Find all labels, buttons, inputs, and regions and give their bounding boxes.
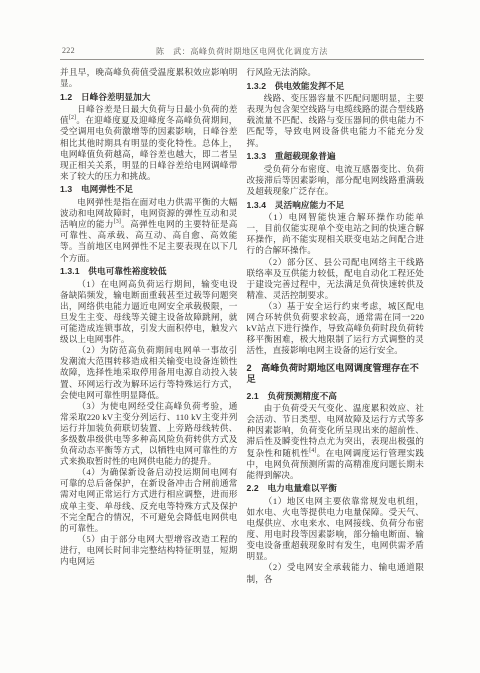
paragraph: 由于负荷受天气变化、温度累积效应、社会活动、节日类型、电网故障及运行方式等多种因… — [247, 403, 425, 481]
heading-1-3-1: 1.3.1 供电可靠性裕度较低 — [60, 266, 238, 277]
paragraph: 受负荷分布密度、电流互感器变比、负荷改接滞后等因素影响，部分配电网线路重满载及超… — [247, 164, 425, 197]
page-header: 222 陈 武：高峰负荷时期地区电网优化调度方法 — [60, 46, 424, 60]
heading-2: 2 高峰负荷时期地区电网调度管理存在不足 — [247, 363, 425, 385]
page: 222 陈 武：高峰负荷时期地区电网优化调度方法 并且早，晚高峰负荷值受温度累积… — [0, 0, 480, 673]
paragraph: （1）地区电网主要依靠常规发电机组，如水电、火电等提供电力电量保障。受天气、电煤… — [247, 496, 425, 563]
paragraph: （5）由于部分电网大型增容改造工程的进行，电网长时间非完整结构特征明显，短期内电… — [60, 534, 238, 567]
heading-2-1: 2.1 负荷预测精度不高 — [247, 391, 425, 402]
heading-1-2: 1.2 日峰谷差明显加大 — [60, 92, 238, 103]
paragraph: （3）基于安全运行约束考虑，城区配电网合环转供负荷要求较高，通常需在同一220 … — [247, 301, 425, 356]
paragraph-continuation: 并且早，晚高峰负荷值受温度累积效应影响明显。 — [60, 67, 238, 89]
paragraph: （1）电网智能快速合解环操作功能单一，目前仅能实现单个变电站之间的快速合解环操作… — [247, 212, 425, 256]
running-title: 陈 武：高峰负荷时期地区电网优化调度方法 — [60, 46, 424, 57]
paragraph: （4）为确保新设备启动投运期间电网有可靠的总后备保护，在新设备冲击合闸前通常需对… — [60, 467, 238, 534]
paragraph-continuation: 行风险无法消除。 — [247, 67, 425, 78]
heading-1-3-4: 1.3.4 灵活响应能力不足 — [247, 200, 425, 211]
paragraph: （2）受电网安全承载能力、输电通道限制，各 — [247, 562, 425, 584]
heading-1-3-3: 1.3.3 重超载现象普遍 — [247, 151, 425, 162]
left-column: 并且早，晚高峰负荷值受温度累积效应影响明显。1.2 日峰谷差明显加大日峰谷差是日… — [60, 67, 238, 585]
heading-2-2: 2.2 电力电量难以平衡 — [247, 483, 425, 494]
paragraph: 线路、变压器容量不匹配问题明显，主要表现为包含架空线路与电缆线路的混合型线路载流… — [247, 93, 425, 148]
heading-1-3: 1.3 电网弹性不足 — [60, 184, 238, 195]
citation-ref: [3] — [114, 219, 121, 225]
paragraph: 电网弹性是指在面对电力供需平衡的大幅波动和电网故障时，电网资源的弹性互动和灵活响… — [60, 197, 238, 264]
paragraph: （3）为使电网经受住高峰负荷考验，通常采取220 kV主变分列运行、110 kV… — [60, 401, 238, 468]
citation-ref: [4] — [309, 448, 316, 454]
paragraph: （1）在电网高负荷运行期间，输变电设备缺陷频发，输电断面重载甚至过载等问题突出，… — [60, 279, 238, 346]
citation-ref: [2] — [69, 116, 76, 122]
paragraph: 日峰谷差是日最大负荷与日最小负荷的差值[2]。在迎峰度夏及迎峰度冬高峰负荷期间，… — [60, 104, 238, 182]
scanned-paper-page: { "colors": { "paper": "#fcfcfa", "ink":… — [0, 0, 480, 673]
paragraph: （2）部分区、县公司配电网络主干线路联络率及互供能力较低，配电自动化工程还处于建… — [247, 257, 425, 301]
heading-1-3-2: 1.3.2 供电效能发挥不足 — [247, 81, 425, 92]
paragraph: （2）为防范高负荷期间电网单一事故引发潮流大范围转移造成相关输变电设备连锁性故障… — [60, 345, 238, 400]
two-column-body: 并且早，晚高峰负荷值受温度累积效应影响明显。1.2 日峰谷差明显加大日峰谷差是日… — [60, 67, 424, 585]
right-column: 行风险无法消除。1.3.2 供电效能发挥不足线路、变压器容量不匹配问题明显，主要… — [247, 67, 425, 585]
